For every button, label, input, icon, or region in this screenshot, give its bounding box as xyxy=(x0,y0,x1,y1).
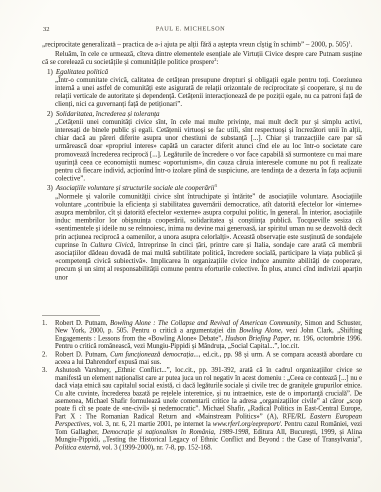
body-text: „reciprocitate generalizată – practica d… xyxy=(42,41,362,315)
footnote-1-number: 1. xyxy=(42,319,47,327)
list-item-3-heading: 3)Asociațiile voluntare și structurile s… xyxy=(47,185,362,193)
footnote-3: 3.Ashutosh Varshney, „Ethnic Conflict...… xyxy=(42,366,362,451)
footnote-2: 2.Robert D. Putnam, Cum funcționează dem… xyxy=(42,350,362,365)
list-item-2-number: 2) xyxy=(47,110,53,118)
list-item-3-quote: „Normele și valorile comunității civice … xyxy=(55,193,362,282)
footnote-3-number: 3. xyxy=(42,366,47,374)
list-item-1-quote: „Într-o comunitate civică, calitatea de … xyxy=(55,76,362,108)
footnote-separator xyxy=(42,315,100,316)
footnote-1-text: Robert D. Putnam, Bowling Alone : The Co… xyxy=(55,319,362,350)
list-item-2: 2)Solidaritatea, încrederea și toleranța… xyxy=(42,110,362,183)
list-item-2-quote: „Cetățenii unei comunități civice sînt, … xyxy=(55,118,362,183)
list-item-3-number: 3) xyxy=(47,185,53,193)
book-page: 32 PAUL E. MICHELSON „reciprocitate gene… xyxy=(0,0,381,492)
list-item-3: 3)Asociațiile voluntare și structurile s… xyxy=(42,185,362,282)
footnote-2-number: 2. xyxy=(42,350,47,358)
list-item-1-title: Egalitatea politică xyxy=(56,68,108,76)
list-item-1-number: 1) xyxy=(47,68,53,76)
footnote-1: 1.Robert D. Putnam, Bowling Alone : The … xyxy=(42,319,362,350)
paragraph-continuation: „reciprocitate generalizată – practica d… xyxy=(42,41,362,49)
footnotes-section: 1.Robert D. Putnam, Bowling Alone : The … xyxy=(42,315,362,451)
footnote-3-text: Ashutosh Varshney, „Ethnic Conflict...”,… xyxy=(55,366,362,451)
list-item-3-title: Asociațiile voluntare și structurile soc… xyxy=(56,185,217,193)
paragraph-intro: Reluăm, în cele ce urmează, cîteva dintr… xyxy=(42,51,362,67)
running-header: PAUL E. MICHELSON xyxy=(0,25,381,33)
list-item-1: 1)Egalitatea politică „Într-o comunitate… xyxy=(42,68,362,109)
footnote-2-text: Robert D. Putnam, Cum funcționează democ… xyxy=(55,350,362,365)
page-header: 32 PAUL E. MICHELSON xyxy=(0,25,381,35)
list-item-1-heading: 1)Egalitatea politică xyxy=(47,68,362,76)
list-item-2-heading: 2)Solidaritatea, încrederea și toleranța xyxy=(47,110,362,118)
page-number: 32 xyxy=(43,25,50,33)
list-item-2-title: Solidaritatea, încrederea și toleranța xyxy=(56,110,160,118)
scanned-book-page-viewport: 32 PAUL E. MICHELSON „reciprocitate gene… xyxy=(0,0,381,492)
